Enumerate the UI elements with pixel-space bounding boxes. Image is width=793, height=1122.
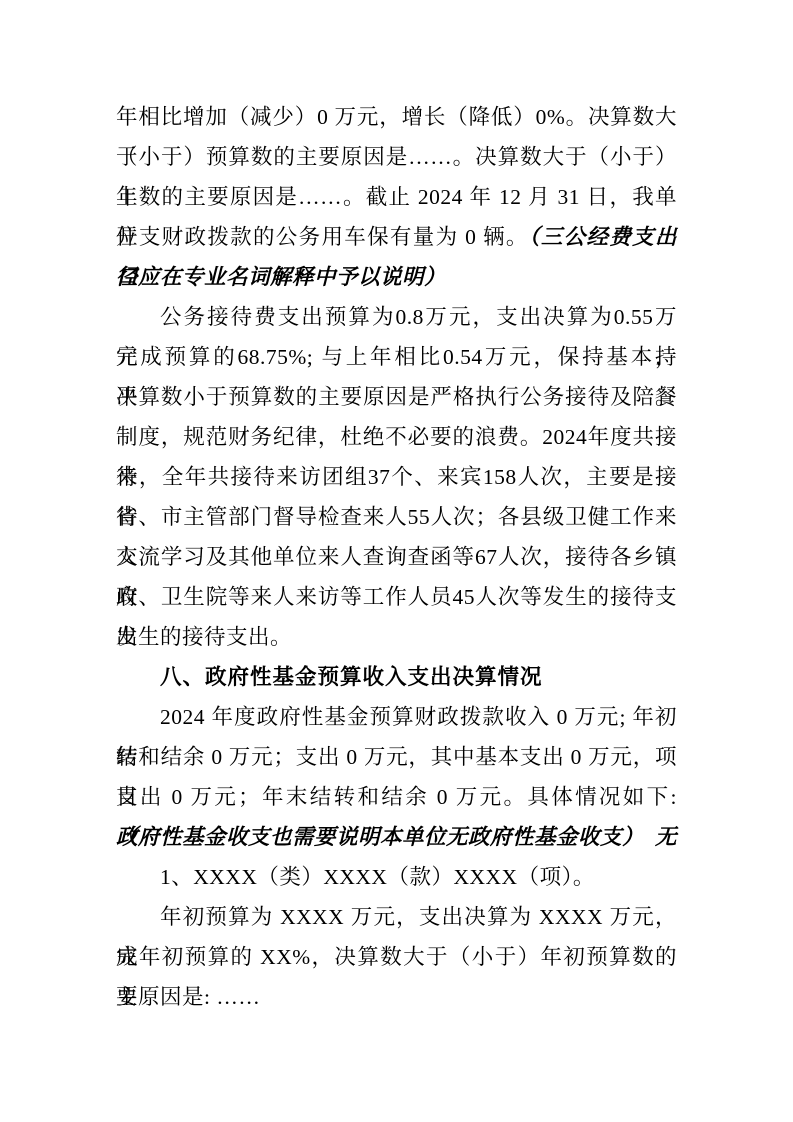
para2-line5: 来，全年共接待来访团组37个、来宾158人次，主要是接待: [116, 457, 677, 497]
text-run: 支出 0 万元；年末结转和结余 0 万元。具体情况如下:: [116, 785, 677, 809]
para1-line2: （小于）预算数的主要原因是……。决算数大于（小于）上: [116, 137, 677, 177]
para3-line1: 2024 年度政府性基金预算财政拨款收入 0 万元; 年初结: [116, 697, 677, 737]
text-run: 发生的接待支出。: [116, 625, 292, 649]
text-run: 要原因是: ……: [116, 985, 260, 1009]
section-heading: 八、政府性基金预算收入支出决算情况: [116, 657, 677, 697]
text-run: 开支财政拨款的公务用车保有量为 0 辆。: [116, 225, 529, 249]
para4-line1: 1、XXXX（类）XXXX（款）XXXX（项）。: [116, 857, 677, 897]
text-run: 径应在专业名词解释中予以说明）: [116, 265, 446, 289]
para2-line3: 决算数小于预算数的主要原因是严格执行公务接待及陪餐: [116, 377, 677, 417]
para2-line9: 发生的接待支出。: [116, 617, 677, 657]
text-run: 政府性基金收支也需要说明本单位无政府性基金收支）: [116, 825, 644, 849]
para5-line1: 年初预算为 XXXX 万元，支出决算为 XXXX 万元，完: [116, 897, 677, 937]
para2-line6: 省、市主管部门督导检查来人55人次；各县级卫健工作来人: [116, 497, 677, 537]
para1-line4: 开支财政拨款的公务用车保有量为 0 辆。（三公经费支出口: [116, 217, 677, 257]
para1-line5: 径应在专业名词解释中予以说明）: [116, 257, 677, 297]
para1-line1: 年相比增加（减少）0 万元，增长（降低）0%。决算数大于: [116, 97, 677, 137]
text-run: 1、XXXX（类）XXXX（款）XXXX（项）。: [160, 865, 595, 889]
document-page: 年相比增加（减少）0 万元，增长（降低）0%。决算数大于（小于）预算数的主要原因…: [0, 0, 793, 1122]
para2-line4: 制度，规范财务纪律，杜绝不必要的浪费。2024年度共接待: [116, 417, 677, 457]
para3-line3: 支出 0 万元；年末结转和结余 0 万元。具体情况如下: （无: [116, 777, 677, 817]
para2-line8: 府、卫生院等来人来访等工作人员45人次等发生的接待支出: [116, 577, 677, 617]
para2-line1: 公务接待费支出预算为0.8万元，支出决算为0.55万元，: [116, 297, 677, 337]
document-body: 年相比增加（减少）0 万元，增长（降低）0%。决算数大于（小于）预算数的主要原因…: [116, 97, 677, 1017]
para1-line3: 年数的主要原因是……。截止 2024 年 12 月 31 日，我单位: [116, 177, 677, 217]
para3-line4: 政府性基金收支也需要说明本单位无政府性基金收支）: [116, 817, 677, 857]
para3-line2: 转和结余 0 万元；支出 0 万元，其中基本支出 0 万元，项目: [116, 737, 677, 777]
text-run: 决算数小于预算数的主要原因是严格执行公务接待及陪餐: [116, 385, 677, 409]
para2-line2: 完成预算的68.75%; 与上年相比0.54万元，保持基本持平。: [116, 337, 677, 377]
section-heading-text: 八、政府性基金预算收入支出决算情况: [160, 665, 543, 689]
para5-line3: 要原因是: ……: [116, 977, 677, 1017]
para2-line7: 交流学习及其他单位来人查询查函等67人次，接待各乡镇政: [116, 537, 677, 577]
para5-line2: 成年初预算的 XX%，决算数大于（小于）年初预算数的主: [116, 937, 677, 977]
